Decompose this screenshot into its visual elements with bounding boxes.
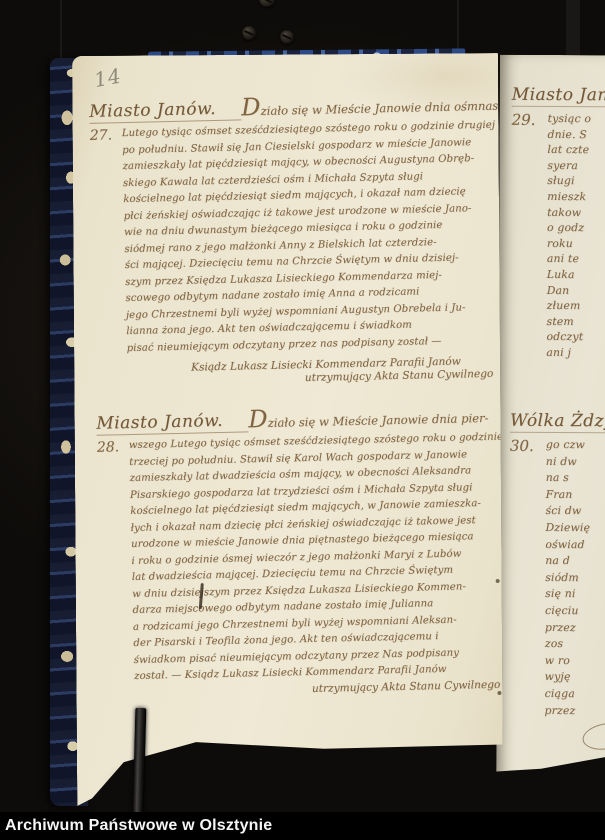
place-heading: Miasto Janów — [512, 85, 605, 108]
screw — [259, 0, 275, 7]
register-entry-27: Miasto Janów. Działo się w Mieście Janow… — [89, 93, 497, 389]
place-heading: Wólka Żdzywo — [510, 411, 605, 434]
screw — [280, 30, 294, 44]
archive-watermark-text: Archiwum Państwowe w Olsztynie — [0, 817, 272, 835]
paper-hole — [497, 691, 501, 695]
archival-photograph: Miasto Janów 29. tysiąc odnie. Slat czte… — [0, 0, 605, 840]
left-book-page: 14 Miasto Janów. Działo się w Mieście Ja… — [72, 53, 503, 806]
paper-hole — [496, 579, 500, 583]
screw — [242, 26, 256, 40]
entry-number: 29. — [510, 111, 547, 361]
signature-flourish — [581, 719, 605, 753]
entry-number: 27. — [90, 126, 127, 358]
right-book-page: Miasto Janów 29. tysiąc odnie. Slat czte… — [496, 55, 605, 798]
archive-watermark-bar: Archiwum Państwowe w Olsztynie — [0, 812, 605, 840]
frame-corner-bar — [566, 0, 580, 58]
register-entry-30: Wólka Żdzywo 30. go czwni dwna sFranści … — [508, 411, 605, 720]
place-heading: Miasto Janów. — [96, 410, 248, 435]
register-entry-29: Miasto Janów 29. tysiąc odnie. Slat czte… — [510, 85, 605, 361]
frame-seam — [60, 0, 62, 58]
pencil-folio-number: 14 — [92, 63, 123, 92]
entry-text: wszego Lutego tysiąc ośmset sześćdziesią… — [129, 430, 504, 686]
entry-number: 30. — [508, 437, 545, 719]
entry-text: Lutego tysiąc ośmset sześćdziesiątego sz… — [122, 118, 497, 357]
entry-text-fragments: tysiąc odnie. Slat cztesyerasługimieszkt… — [546, 111, 591, 361]
entry-text-fragments: go czwni dwna sFranści dwDziewięoświadna… — [544, 437, 590, 719]
book-holder-rod — [133, 708, 147, 812]
entry-opening-line: Działo się w Mieście Janowie dnia pier- — [248, 409, 489, 432]
place-heading: Miasto Janów. — [89, 98, 241, 123]
entry-opening-line: Działo się w Mieście Janowie dnia ośmnas… — [241, 96, 503, 120]
register-entry-28: Miasto Janów. Działo się w Mieście Janow… — [96, 405, 503, 700]
